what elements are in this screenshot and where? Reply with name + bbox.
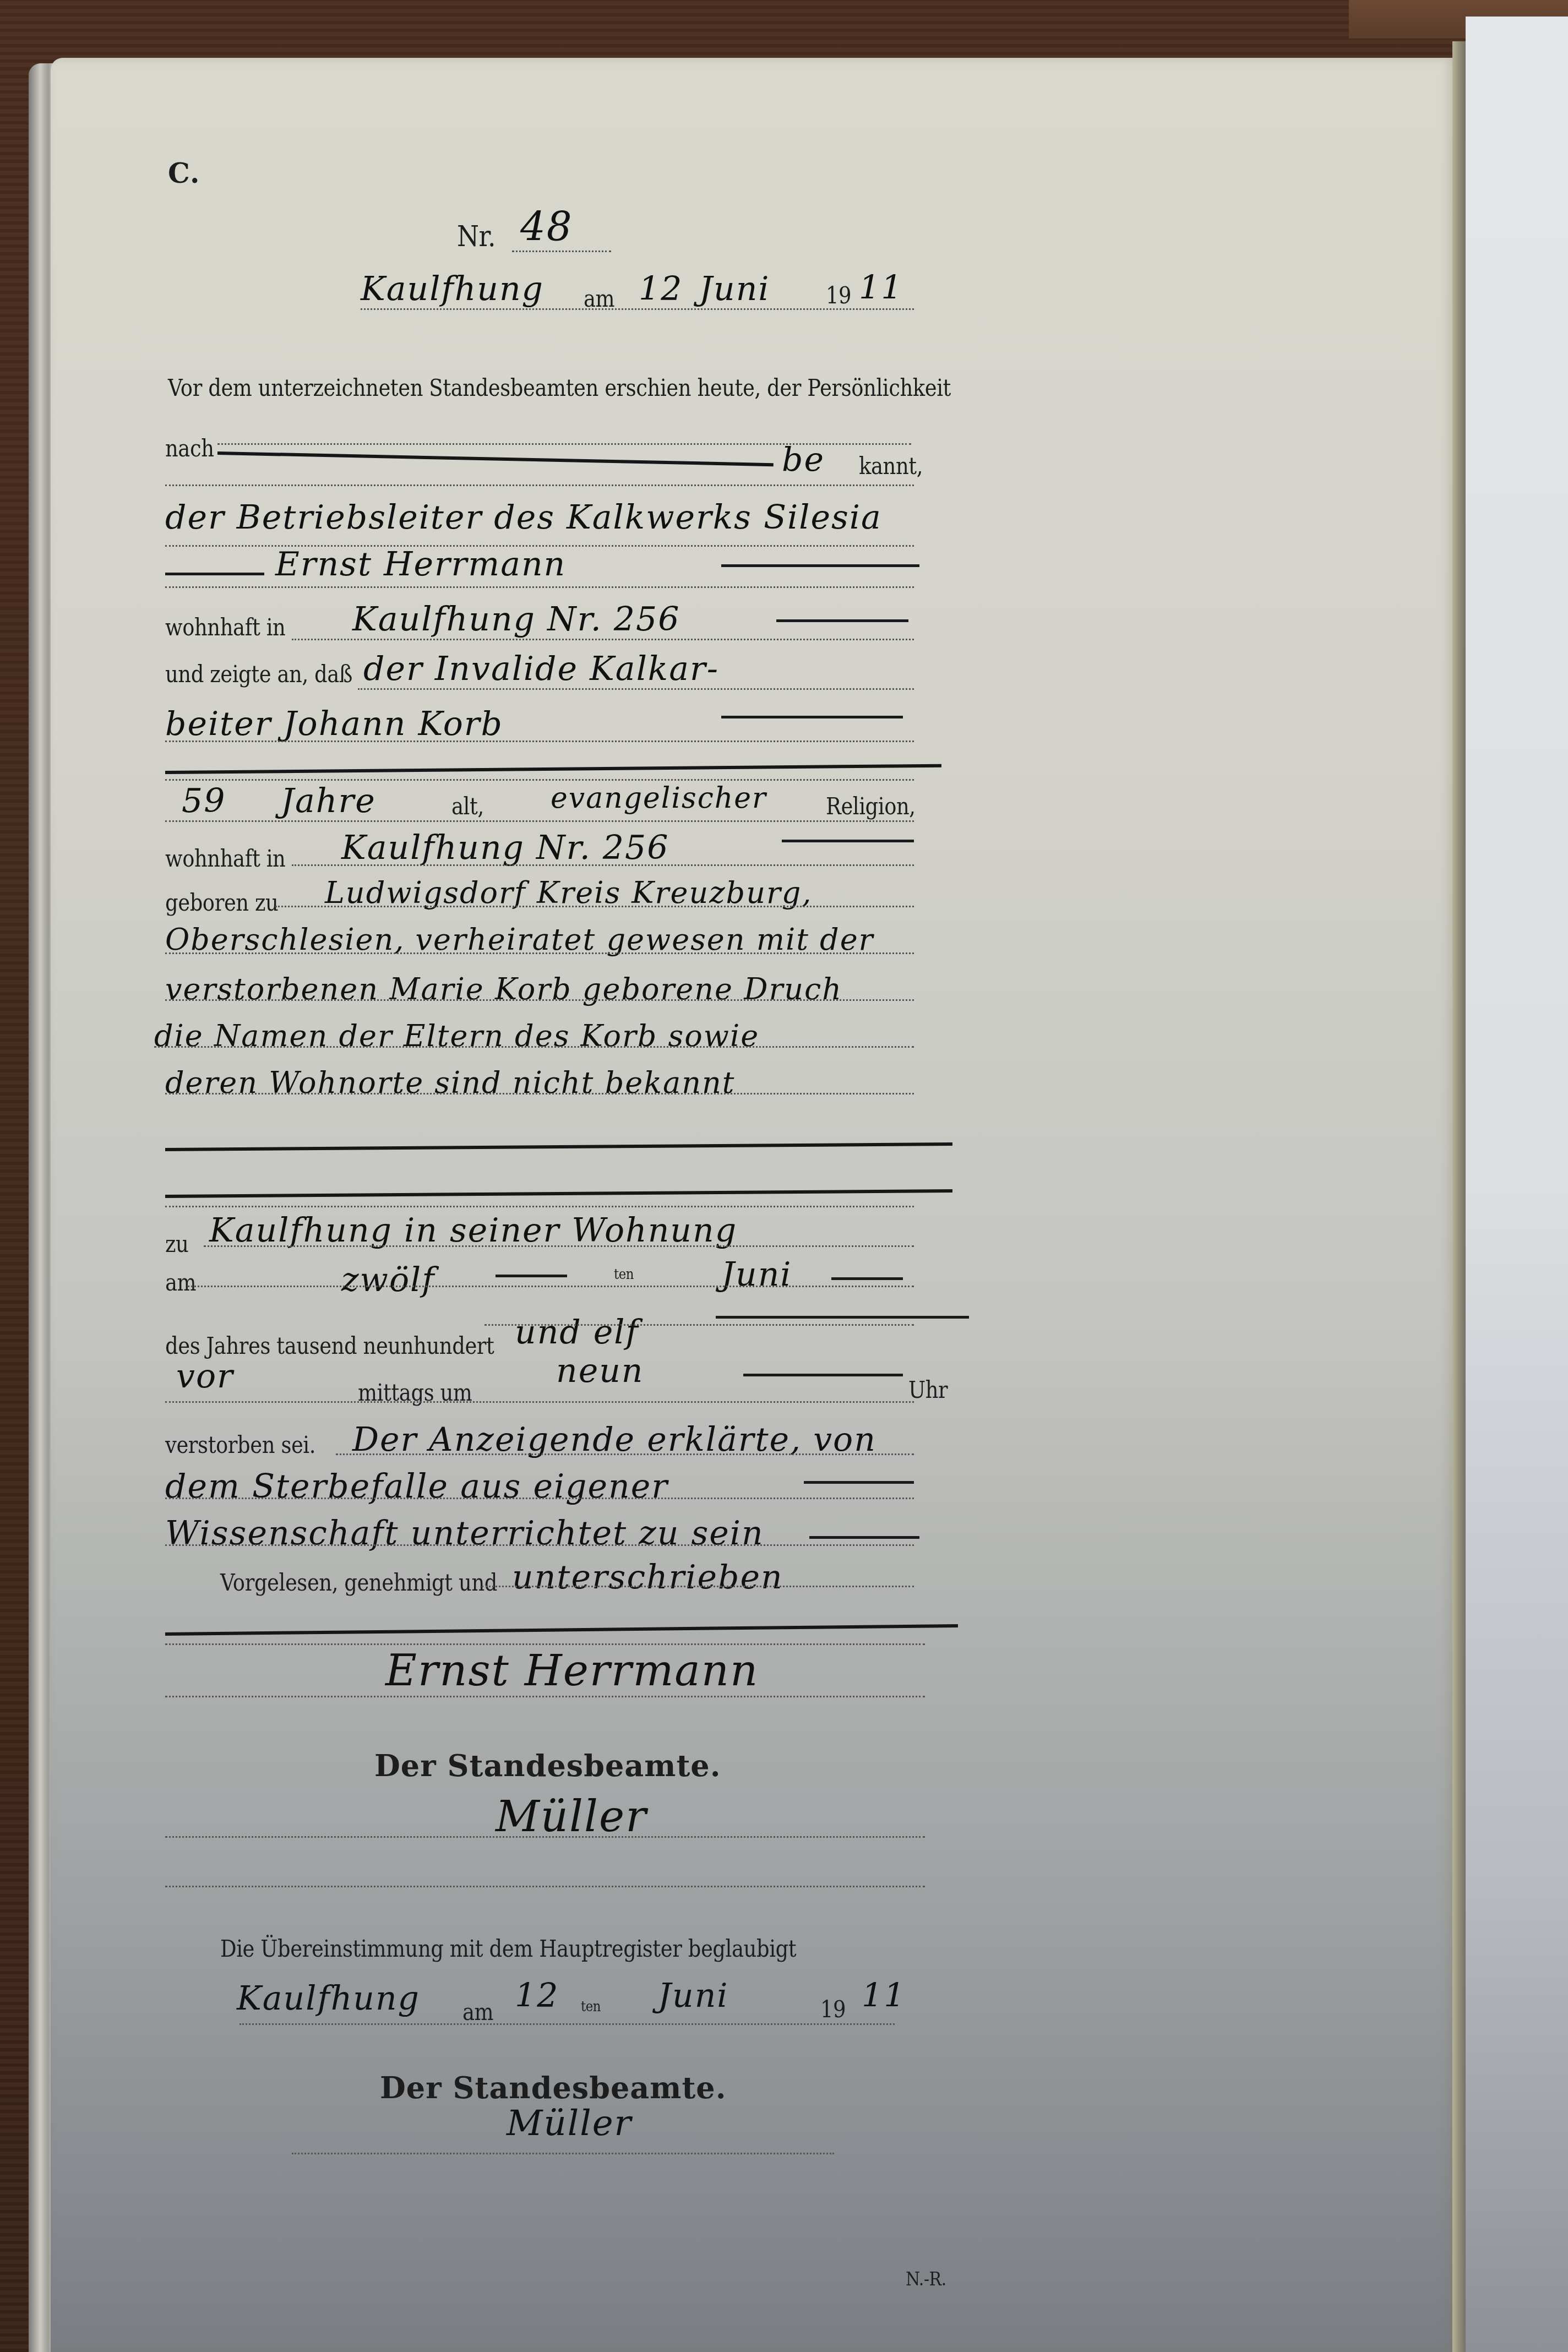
notes-line2: verstorbenen Marie Korb geborene Druch [165, 972, 842, 1006]
line-dotline-7 [165, 779, 914, 781]
informant-name: Ernst Herrmann [275, 545, 566, 584]
residence-label: wohnhaft in [165, 614, 285, 641]
residence-dash [776, 619, 908, 622]
header-year-prefix: 19 [826, 282, 851, 309]
death-place-label: zu [165, 1231, 188, 1257]
cert-day-suffix: ten [581, 1999, 601, 2015]
intro-line: Vor dem unterzeichneten Standesbeamten e… [168, 374, 951, 401]
age-unit: Jahre [281, 782, 376, 820]
cert-date-dotline [239, 2023, 895, 2025]
statement-line2: dem Sterbefalle aus eigener [165, 1467, 668, 1506]
death-place: Kaulfhung in seiner Wohnung [209, 1211, 737, 1250]
registrar-signature-dotline [165, 1836, 925, 1838]
deceased-residence-dotline [292, 864, 914, 866]
section-letter: C. [168, 157, 200, 189]
notes-dotline-1 [165, 952, 914, 954]
notes-dotline-2 [165, 999, 914, 1001]
cert-signature-dotline [292, 2153, 834, 2154]
header-am-label: am [584, 285, 614, 312]
line-dotline-6 [165, 741, 914, 742]
header-year-suffix: 11 [859, 269, 903, 307]
statement-dotline-1 [336, 1453, 914, 1455]
death-day-dash [496, 1275, 567, 1277]
cert-day: 12 [515, 1977, 559, 2015]
cert-month: Juni [658, 1977, 729, 2015]
age-label: alt, [451, 793, 484, 820]
blank-line-strike [165, 764, 941, 774]
deceased-age: 59 [182, 782, 226, 820]
cert-year-suffix: 11 [862, 1977, 906, 2015]
death-record-form: C. Nr. 48 Kaulfhung am 12 Juni 19 11 Vor… [0, 0, 1568, 2352]
death-year-label: des Jahres tausend neunhundert [165, 1332, 494, 1359]
birth-dotline [275, 906, 914, 907]
kannt-label: kannt, [859, 453, 923, 480]
death-place-dotline [204, 1245, 914, 1247]
number-label: Nr. [457, 220, 496, 253]
age-dotline [165, 820, 914, 822]
death-day-suffix: ten [614, 1266, 634, 1283]
registrar-title: Der Standesbeamte. [374, 1748, 721, 1783]
notes-strike-2 [165, 1189, 952, 1198]
statement-dotline-3 [165, 1544, 914, 1546]
death-month: Juni [721, 1255, 792, 1294]
cert-registrar-signature: Müller [507, 2103, 632, 2144]
read-label: Vorgelesen, genehmigt und [220, 1569, 497, 1596]
record-number: 48 [520, 204, 573, 250]
statement-dash-2 [804, 1481, 914, 1484]
number-dotline [512, 251, 611, 252]
death-year-dotline [484, 1324, 914, 1326]
cert-registrar-title: Der Standesbeamte. [380, 2070, 726, 2105]
informant-signature: Ernst Herrmann [385, 1646, 759, 1696]
certification-line: Die Übereinstimmung mit dem Hauptregiste… [220, 1935, 796, 1962]
notes-strike-1 [165, 1142, 952, 1151]
read-dotline [482, 1586, 914, 1587]
line-dotline-2 [165, 484, 914, 486]
time-value: neun [556, 1352, 644, 1390]
reported-label: und zeigte an, daß [165, 661, 352, 688]
time-dotline [165, 1401, 914, 1403]
death-day: zwölf [341, 1261, 435, 1299]
informant-signature-dotline [165, 1696, 925, 1697]
signature-separator [165, 1624, 958, 1636]
death-month-dash [831, 1277, 903, 1280]
religion-label: Religion, [826, 793, 916, 820]
cert-year-prefix: 19 [820, 1996, 846, 2023]
informant-residence: Kaulfhung Nr. 256 [352, 600, 680, 639]
deceased-residence-dash [782, 840, 914, 842]
nach-label: nach [165, 435, 214, 462]
dash-left [165, 573, 264, 575]
death-day-dotline [187, 1286, 914, 1287]
deceased-line2: beiter Johann Korb [165, 705, 503, 743]
residence-dotline [292, 639, 914, 640]
time-dash [743, 1374, 903, 1376]
time-prefix: vor [176, 1357, 234, 1396]
header-month: Juni [699, 270, 770, 308]
notes-line1: Oberschlesien, verheiratet gewesen mit d… [165, 922, 874, 957]
registrar-signature: Müller [496, 1792, 647, 1842]
deceased-dash [721, 716, 903, 718]
died-label: verstorben sei. [165, 1431, 315, 1458]
cert-am-label: am [462, 1999, 493, 2026]
notes-dotline-3 [154, 1046, 914, 1048]
statement-dash-3 [809, 1536, 919, 1539]
statement-dotline-2 [165, 1498, 914, 1499]
line-dotline-4 [165, 586, 914, 588]
header-day: 12 [639, 270, 683, 308]
deceased-residence-label: wohnhaft in [165, 845, 285, 872]
header-place: Kaulfhung [361, 270, 544, 308]
notes-dotline-4 [165, 1093, 914, 1095]
registrar-dotline-2 [165, 1886, 925, 1887]
read-value: unterschrieben [512, 1558, 783, 1597]
notes-dotline-5 [165, 1206, 914, 1207]
birth-label: geboren zu [165, 889, 278, 916]
reported-dotline [358, 688, 914, 690]
death-year: und elf [515, 1313, 639, 1352]
footer-mark: N.-R. [906, 2268, 946, 2290]
deceased-residence: Kaulfhung Nr. 256 [341, 829, 669, 867]
deceased-religion: evangelischer [551, 782, 767, 815]
time-unit-label: Uhr [908, 1376, 948, 1403]
death-year-dash [716, 1316, 969, 1319]
death-day-label: am [165, 1269, 196, 1296]
statement-line3: Wissenschaft unterrichtet zu sein [165, 1514, 764, 1553]
signature-dotline-top [165, 1643, 925, 1645]
deceased-line1: der Invalide Kalkar- [363, 650, 719, 688]
notes-line3: die Namen der Eltern des Korb sowie [154, 1019, 759, 1053]
informant-occupation: der Betriebsleiter des Kalkwerks Silesia [165, 498, 882, 537]
nach-strikethrough [217, 451, 774, 466]
kannt-prefix-hand: be [782, 440, 825, 479]
dash-right [721, 564, 919, 567]
notes-line4: deren Wohnorte sind nicht bekannt [165, 1065, 735, 1100]
cert-place: Kaulfhung [237, 1979, 420, 2018]
birth-place: Ludwigsdorf Kreis Kreuzburg, [325, 875, 813, 910]
